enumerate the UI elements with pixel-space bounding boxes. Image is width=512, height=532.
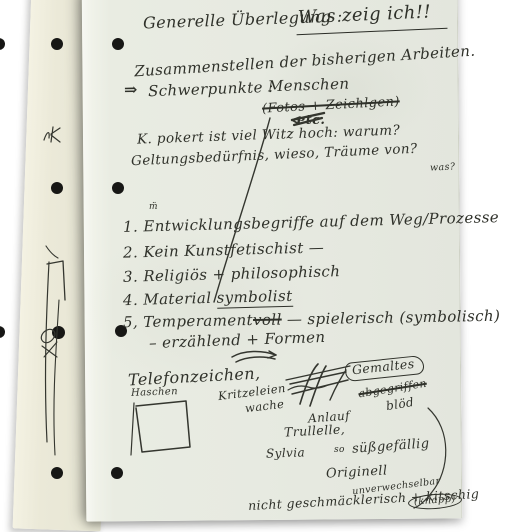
word-trullelle: Trullelle, [284,423,346,439]
word-so: so [334,446,345,455]
punch-hole [51,182,63,194]
punch-hole [0,326,5,338]
list-text: — spielerisch (symbolisch) [282,307,501,329]
line-schwerpunkte: Schwerpunkte : [148,80,274,99]
list-num: 3. [123,267,139,285]
insertion-mark: m̈ [149,203,158,212]
list-num: 5, [123,313,138,331]
punch-hole [111,467,123,479]
list-num: 4. [123,291,139,309]
small-was-note: was? [430,162,456,173]
underlined-word: symbolist [216,287,292,309]
punch-hole [52,326,65,339]
list-num: 2. [123,243,139,261]
struck-word: voll [253,311,282,329]
double-arrow-icon: ⇒ [124,82,138,98]
word-menschen: Menschen [268,77,350,95]
punch-hole [0,38,5,50]
punch-hole [112,182,124,194]
punch-hole [51,467,63,479]
list-num: 1. [123,218,139,236]
list-item-4: 4. Material symbolist [123,289,293,308]
punch-hole [112,38,124,50]
list-text: Material [143,289,217,309]
punch-hole [51,38,63,50]
word-originell: Originell [326,464,388,480]
word-sylvia: Sylvia [266,446,305,459]
word-haschen: Haschen [131,387,178,399]
list-text: Temperament [143,311,253,331]
scanned-note-photo: Generelle Überlegung : Was zeig ich!! Zu… [0,0,512,532]
